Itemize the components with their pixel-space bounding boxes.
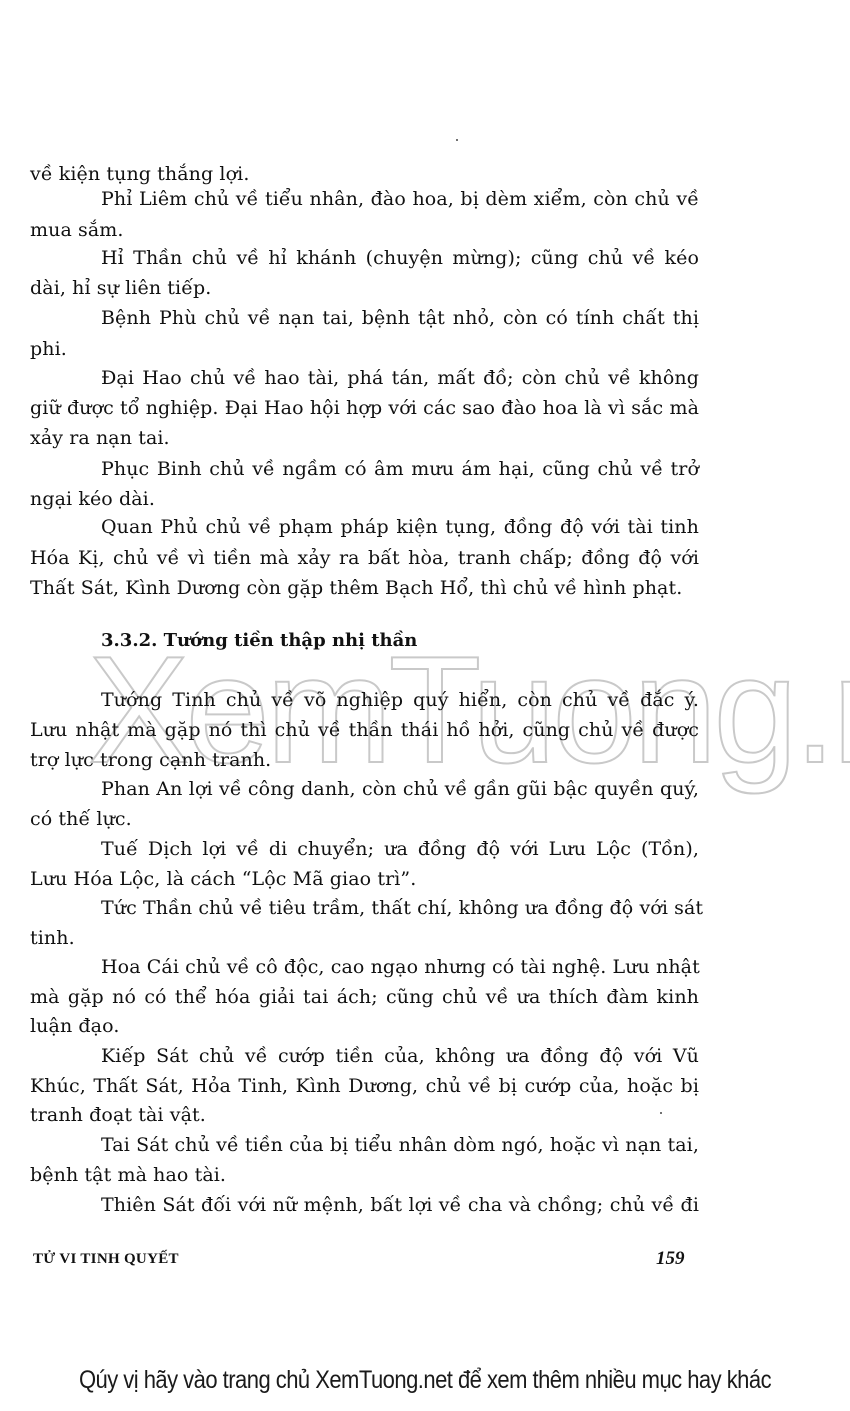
- paragraph-line: Quan Phủ chủ về phạm pháp kiện tụng, đồn…: [101, 515, 699, 539]
- paragraph-line: Tướng Tinh chủ về võ nghiệp quý hiển, cò…: [101, 688, 699, 712]
- paragraph-line: Thiên Sát đối với nữ mệnh, bất lợi về ch…: [101, 1193, 699, 1217]
- paragraph-line: Lưu nhật mà gặp nó thì chủ về thần thái …: [30, 718, 699, 742]
- paragraph-line: Hỉ Thần chủ về hỉ khánh (chuyện mừng); c…: [101, 246, 699, 270]
- paragraph-line: phi.: [30, 337, 67, 361]
- paragraph-line: có thế lực.: [30, 807, 132, 831]
- book-page: XemTuong.net về kiện tụng thắng lợi. Phỉ…: [0, 0, 850, 1411]
- paragraph-line: xảy ra nạn tai.: [30, 426, 170, 450]
- paragraph-line: tinh.: [30, 926, 75, 950]
- promo-banner: Qúy vị hãy vào trang chủ XemTuong.net để…: [51, 1366, 799, 1395]
- scan-speck: [456, 139, 458, 141]
- paragraph-line: giữ được tổ nghiệp. Đại Hao hội hợp với …: [30, 396, 699, 420]
- scan-speck: [660, 1112, 662, 1114]
- paragraph-line: Khúc, Thất Sát, Hỏa Tinh, Kình Dương, ch…: [30, 1074, 699, 1098]
- paragraph-line: Đại Hao chủ về hao tài, phá tán, mất đồ;…: [101, 366, 699, 390]
- running-footer-title: TỬ VI TINH QUYẾT: [33, 1251, 179, 1268]
- paragraph-line: ngại kéo dài.: [30, 487, 155, 511]
- paragraph-line: Kiếp Sát chủ về cướp tiền của, không ưa …: [101, 1044, 699, 1068]
- paragraph-line: Tai Sát chủ về tiền của bị tiểu nhân dòm…: [101, 1133, 699, 1157]
- paragraph-line: về kiện tụng thắng lợi.: [30, 162, 249, 186]
- paragraph-line: mua sắm.: [30, 218, 124, 242]
- paragraph-line: Phỉ Liêm chủ về tiểu nhân, đào hoa, bị d…: [101, 187, 699, 211]
- paragraph-line: luận đạo.: [30, 1014, 119, 1038]
- paragraph-line: Lưu Hóa Lộc, là cách “Lộc Mã giao trì”.: [30, 867, 416, 891]
- paragraph-line: bệnh tật mà hao tài.: [30, 1163, 226, 1187]
- paragraph-line: Hóa Kị, chủ về vì tiền mà xảy ra bất hòa…: [30, 546, 699, 570]
- paragraph-line: mà gặp nó có thể hóa giải tai ách; cũng …: [30, 985, 699, 1009]
- paragraph-line: Phan An lợi về công danh, còn chủ về gần…: [101, 777, 699, 801]
- page-number: 159: [656, 1248, 685, 1270]
- paragraph-line: Phục Binh chủ về ngầm có âm mưu ám hại, …: [101, 457, 699, 481]
- paragraph-line: Thất Sát, Kình Dương còn gặp thêm Bạch H…: [30, 576, 669, 600]
- section-heading: 3.3.2. Tướng tiền thập nhị thần: [101, 629, 417, 653]
- paragraph-line: dài, hỉ sự liên tiếp.: [30, 276, 211, 300]
- paragraph-line: Tức Thần chủ về tiêu trầm, thất chí, khô…: [101, 896, 699, 920]
- paragraph-line: Tuế Dịch lợi về di chuyển; ưa đồng độ vớ…: [101, 837, 699, 861]
- paragraph-line: trợ lực trong cạnh tranh.: [30, 748, 271, 772]
- paragraph-line: Bệnh Phù chủ về nạn tai, bệnh tật nhỏ, c…: [101, 306, 699, 330]
- paragraph-line: Hoa Cái chủ về cô độc, cao ngạo nhưng có…: [101, 955, 699, 979]
- paragraph-line: tranh đoạt tài vật.: [30, 1103, 206, 1127]
